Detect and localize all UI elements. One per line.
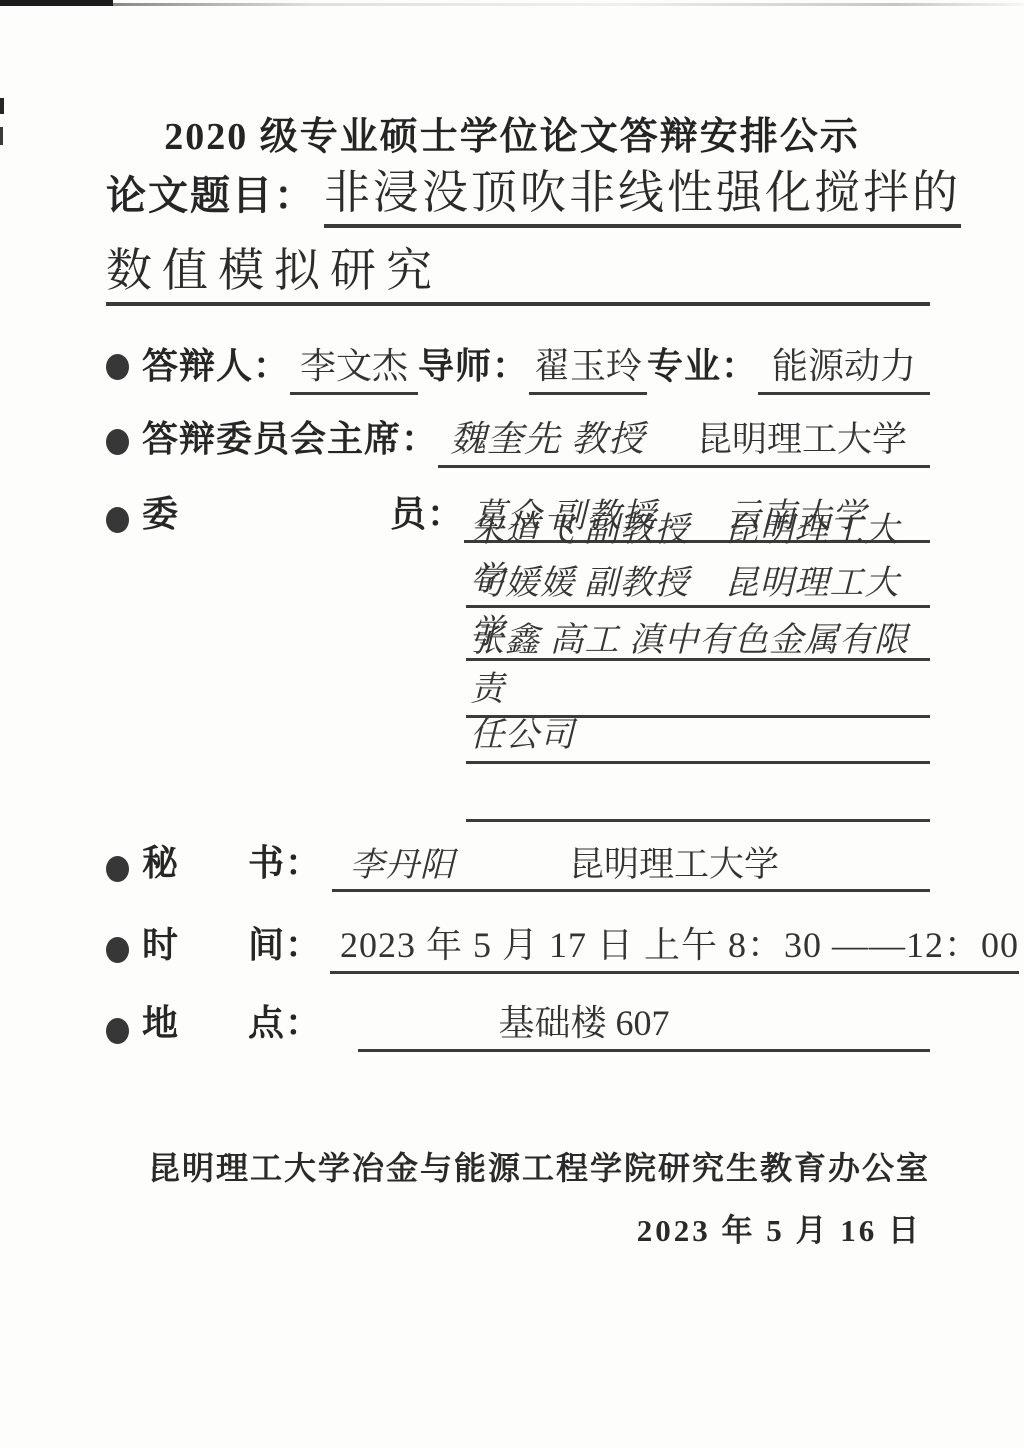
thesis-topic-row-continued: 数值模拟研究: [106, 244, 930, 306]
time-label-char2: 间：: [248, 926, 322, 974]
thesis-topic-label: 论文题目：: [106, 174, 316, 228]
thesis-topic-row: 论文题目： 非浸没顶吹非线性强化搅拌的: [106, 164, 930, 228]
committee-member: 任公司: [466, 707, 575, 761]
committee-chair-affiliation: 昆明理工大学: [697, 420, 907, 459]
committee-chair-row: 答辩委员会主席： 魏奎先 教授 昆明理工大学: [106, 416, 930, 468]
committee-chair-name: 魏奎先 教授: [450, 419, 645, 459]
committee-member: [466, 814, 470, 819]
place-row: 地 点： 基础楼 607: [106, 1010, 930, 1052]
bullet-icon: [106, 1018, 129, 1044]
thesis-title-line1: 非浸没顶吹非线性强化搅拌的: [324, 168, 961, 228]
secretary-label-char1: 秘: [142, 844, 179, 892]
place-value: 基础楼 607: [358, 1004, 930, 1052]
committee-member: 张鑫 高工 滇中有色金属有限责: [466, 612, 930, 715]
secretary-affiliation: 昆明理工大学: [569, 845, 779, 884]
secretary-value: 李丹阳 昆明理工大学: [332, 846, 930, 893]
major-value: 能源动力: [758, 347, 930, 395]
secretary-name: 李丹阳: [350, 847, 455, 884]
major-label: 专业：: [647, 347, 758, 395]
place-label-char2: 点：: [248, 1004, 322, 1052]
committee-member-row-empty: [466, 776, 930, 822]
bullet-icon: [106, 856, 129, 882]
committee-label-char1: 委: [142, 495, 179, 543]
defender-label: 答辩人：: [142, 347, 290, 395]
committee-label-char2: 员：: [390, 495, 464, 543]
time-label-char1: 时: [142, 926, 179, 974]
footer-date: 2023 年 5 月 16 日: [0, 1205, 922, 1250]
committee-member-row: 任公司: [466, 710, 930, 764]
defender-row: 答辩人： 李文杰 导师： 翟玉玲 专业： 能源动力: [106, 338, 930, 395]
committee-chair-label: 答辩委员会主席：: [142, 420, 438, 468]
committee-chair-value: 魏奎先 教授 昆明理工大学: [438, 420, 930, 468]
bullet-icon: [106, 354, 129, 380]
bullet-icon: [106, 507, 129, 533]
bullet-icon: [106, 429, 129, 455]
advisor-label: 导师：: [418, 347, 529, 395]
bullet-icon: [106, 937, 129, 963]
footer-office: 昆明理工大学冶金与能源工程学院研究生教育办公室: [0, 1143, 930, 1189]
page-title: 2020 级专业硕士学位论文答辩安排公示: [0, 105, 1024, 160]
secretary-label-char2: 书：: [248, 844, 322, 892]
scan-artifact: [113, 3, 1024, 6]
thesis-title-line2: 数值模拟研究: [106, 246, 930, 306]
scan-artifact: [0, 0, 113, 6]
advisor-name: 翟玉玲: [529, 347, 647, 395]
place-label-char1: 地: [142, 1004, 179, 1052]
defender-name: 李文杰: [290, 347, 418, 395]
scanned-document-page: 2020 级专业硕士学位论文答辩安排公示 论文题目： 非浸没顶吹非线性强化搅拌的…: [0, 0, 1024, 1448]
time-row: 时 间： 2023 年 5 月 17 日 上午 8：30 ——12：00: [106, 925, 930, 974]
secretary-row: 秘 书： 李丹阳 昆明理工大学: [106, 845, 930, 892]
time-value: 2023 年 5 月 17 日 上午 8：30 ——12：00: [330, 926, 1019, 974]
